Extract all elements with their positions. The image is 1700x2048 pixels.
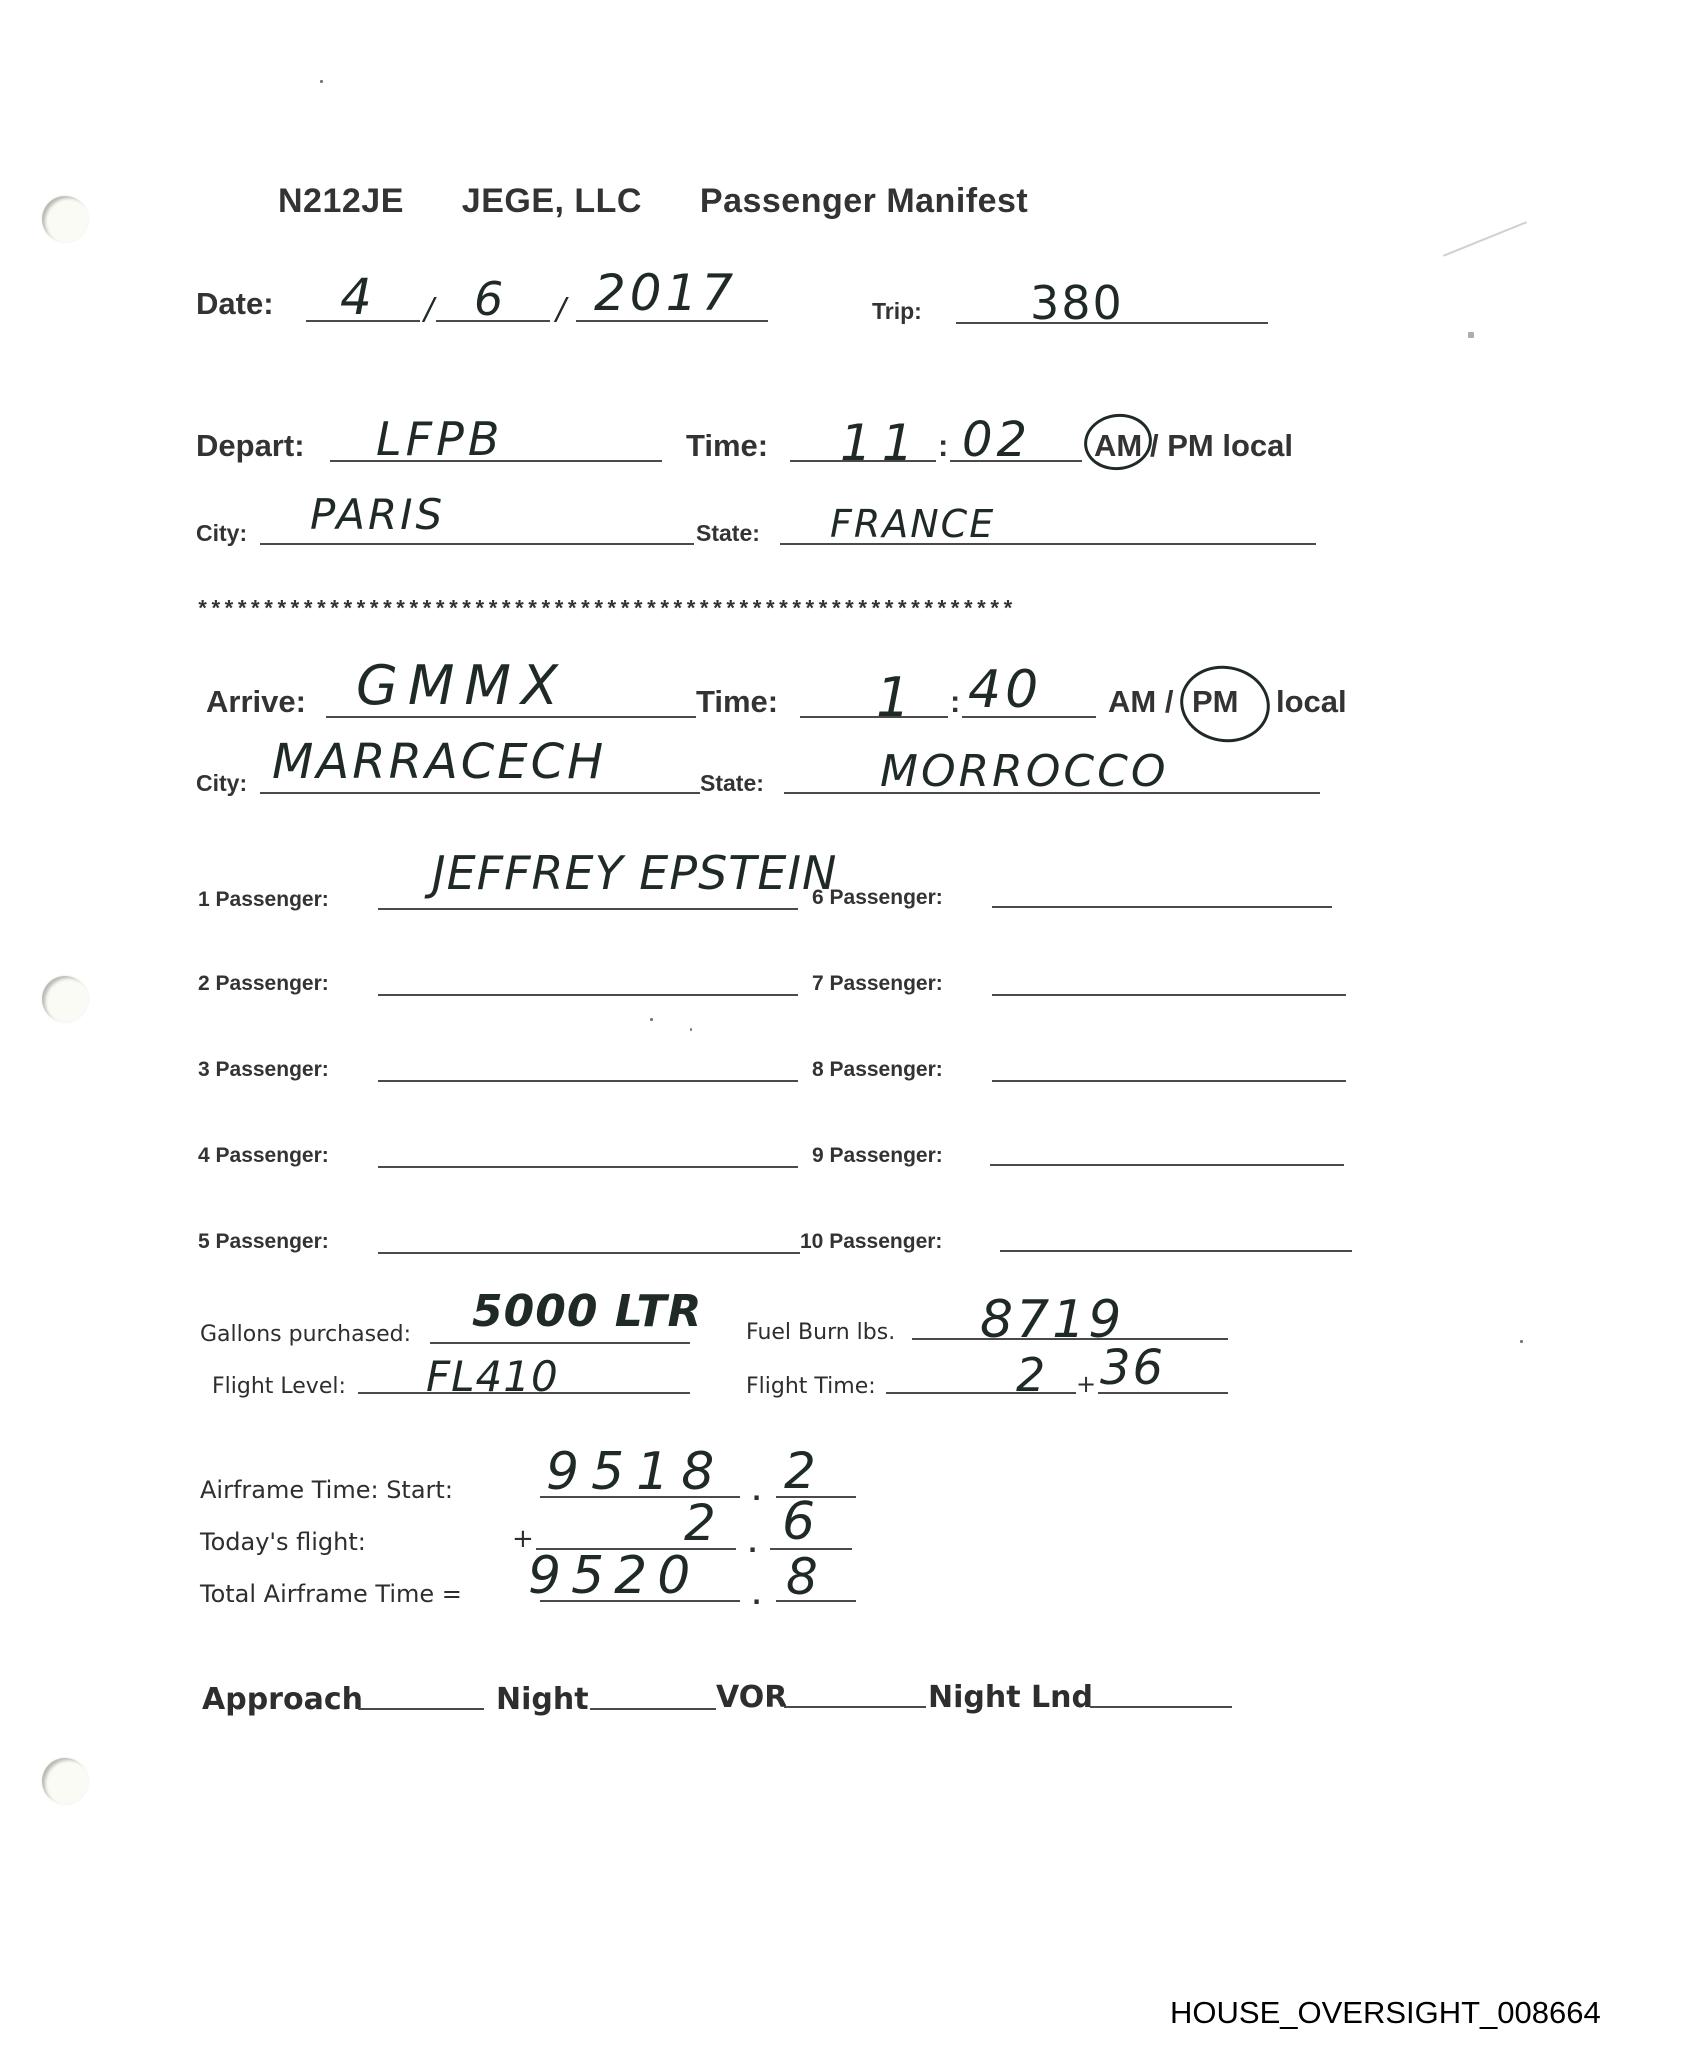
passenger-7-field[interactable]: [992, 994, 1346, 996]
night-landing-field[interactable]: [1090, 1706, 1232, 1708]
passenger-4-label: 4 Passenger:: [198, 1144, 329, 1168]
binder-hole-top: [42, 196, 88, 242]
date-separator: /: [556, 292, 566, 327]
depart-pm-local-label: / PM local: [1150, 428, 1293, 464]
total-airframe-label: Total Airframe Time =: [200, 1580, 462, 1608]
night-label: Night: [496, 1682, 589, 1717]
arrive-state-label: State:: [700, 770, 764, 797]
form-title: Passenger Manifest: [700, 182, 1028, 220]
bates-number: HOUSE_OVERSIGHT_008664: [1170, 1995, 1601, 2031]
todays-flight-dot: .: [748, 1530, 757, 1558]
night-landing-label: Night Lnd: [928, 1680, 1093, 1715]
passenger-1-line: [378, 908, 798, 910]
airframe-start-label: Airframe Time: Start:: [200, 1476, 453, 1504]
scan-speck: [690, 1028, 692, 1031]
vor-field[interactable]: [784, 1706, 926, 1708]
passenger-10-label: 10 Passenger:: [800, 1230, 942, 1254]
arrive-city-line: [260, 792, 700, 794]
passenger-1-label: 1 Passenger:: [198, 888, 329, 912]
date-month-field[interactable]: 4: [340, 268, 376, 326]
flight-level-label: Flight Level:: [212, 1374, 346, 1399]
night-field[interactable]: [590, 1708, 716, 1710]
depart-state-field[interactable]: FRANCE: [830, 502, 995, 546]
scan-speck: [320, 80, 323, 83]
binder-hole-middle: [42, 976, 88, 1022]
passenger-9-field[interactable]: [990, 1164, 1344, 1166]
trip-field[interactable]: 380: [1030, 276, 1124, 330]
passenger-2-label: 2 Passenger:: [198, 972, 329, 996]
arrive-hour-line: [800, 716, 948, 718]
passenger-2-field[interactable]: [378, 994, 798, 996]
flight-level-field[interactable]: FL410: [426, 1352, 559, 1401]
passenger-10-field[interactable]: [1000, 1250, 1352, 1252]
arrive-am-option[interactable]: AM /: [1108, 684, 1173, 720]
date-year-field[interactable]: 2017: [594, 264, 737, 322]
arrive-state-field[interactable]: MORROCCO: [880, 746, 1168, 797]
depart-label: Depart:: [196, 428, 305, 464]
passenger-7-label: 7 Passenger:: [812, 972, 943, 996]
depart-time-colon: :: [938, 428, 948, 464]
date-label: Date:: [196, 286, 274, 322]
date-separator: /: [424, 292, 434, 327]
todays-flight-decimal-field[interactable]: 6: [782, 1492, 819, 1552]
flight-time-plus: +: [1076, 1370, 1096, 1398]
depart-state-label: State:: [696, 520, 760, 547]
todays-flight-label: Today's flight:: [200, 1528, 366, 1556]
scan-speck: [1468, 332, 1474, 338]
arrive-local-label: local: [1276, 684, 1347, 720]
passenger-6-label: 6 Passenger:: [812, 886, 943, 910]
gallons-purchased-field[interactable]: 5000 LTR: [472, 1286, 702, 1337]
depart-city-line: [260, 543, 694, 545]
flight-time-hours-field[interactable]: 2: [1016, 1348, 1049, 1402]
gallons-purchased-line: [430, 1342, 690, 1344]
passenger-5-field[interactable]: [378, 1252, 800, 1254]
section-separator: ****************************************…: [196, 598, 1015, 623]
passenger-8-field[interactable]: [992, 1080, 1346, 1082]
depart-city-label: City:: [196, 520, 247, 547]
scan-mark: [1443, 221, 1527, 257]
trip-label: Trip:: [872, 298, 922, 325]
depart-airport-field[interactable]: LFPB: [376, 412, 503, 466]
total-airframe-dot: .: [752, 1582, 761, 1610]
passenger-9-label: 9 Passenger:: [812, 1144, 943, 1168]
arrive-city-label: City:: [196, 770, 247, 797]
todays-flight-whole-field[interactable]: 2: [684, 1494, 720, 1552]
arrive-minute-field[interactable]: 40: [968, 660, 1042, 720]
arrive-pm-selected-circle: [1174, 659, 1276, 749]
passenger-8-label: 8 Passenger:: [812, 1058, 943, 1082]
arrive-airport-field[interactable]: GMMX: [356, 654, 568, 717]
passenger-1-field[interactable]: JEFFREY EPSTEIN: [432, 846, 837, 900]
total-airframe-whole-field[interactable]: 9520: [528, 1546, 700, 1606]
passenger-6-field[interactable]: [992, 906, 1332, 908]
date-day-field[interactable]: 6: [474, 272, 507, 326]
depart-hour-field[interactable]: 11: [840, 414, 924, 472]
form-header: N212JE JEGE, LLC Passenger Manifest: [278, 182, 1028, 221]
company-name: JEGE, LLC: [462, 182, 642, 220]
airframe-start-dot: .: [752, 1478, 761, 1506]
flight-time-label: Flight Time:: [746, 1374, 876, 1399]
depart-time-label: Time:: [686, 428, 768, 464]
gallons-purchased-label: Gallons purchased:: [200, 1322, 411, 1347]
tail-number: N212JE: [278, 182, 404, 220]
arrive-city-field[interactable]: MARRACECH: [272, 734, 606, 790]
arrive-label: Arrive:: [206, 684, 306, 720]
binder-hole-bottom: [42, 1758, 88, 1804]
passenger-5-label: 5 Passenger:: [198, 1230, 329, 1254]
airframe-start-whole-field[interactable]: 9518: [546, 1442, 726, 1502]
scan-speck: [650, 1018, 653, 1021]
passenger-3-label: 3 Passenger:: [198, 1058, 329, 1082]
arrive-hour-field[interactable]: 1: [876, 666, 914, 729]
arrive-time-label: Time:: [696, 684, 778, 720]
depart-city-field[interactable]: PARIS: [310, 490, 445, 539]
flight-time-minutes-field[interactable]: 36: [1100, 1340, 1165, 1396]
depart-minute-field[interactable]: 02: [962, 412, 1031, 468]
vor-label: VOR: [716, 1680, 787, 1715]
total-airframe-decimal-field[interactable]: 8: [786, 1548, 822, 1606]
scan-speck: [1520, 1340, 1523, 1343]
approach-field[interactable]: [358, 1708, 484, 1710]
passenger-3-field[interactable]: [378, 1080, 798, 1082]
passenger-4-field[interactable]: [378, 1166, 798, 1168]
approach-label: Approach: [202, 1682, 363, 1717]
depart-am-selected-circle: [1080, 410, 1155, 475]
fuel-burn-label: Fuel Burn lbs.: [746, 1320, 895, 1345]
arrive-time-colon: :: [950, 684, 960, 720]
